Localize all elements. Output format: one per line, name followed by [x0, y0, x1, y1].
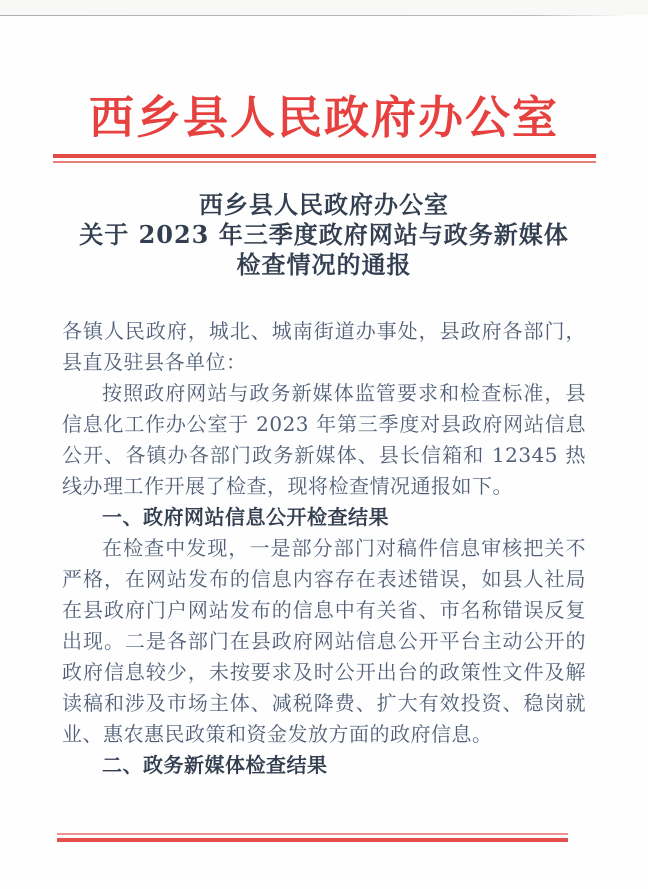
footer-rule-thick [57, 838, 568, 842]
document-title-line1: 西乡县人民政府办公室 [0, 190, 648, 220]
section1-heading: 一、政府网站信息公开检查结果 [62, 502, 586, 533]
section2-heading: 二、政务新媒体检查结果 [62, 750, 586, 781]
footer-rule-thin [57, 833, 568, 835]
footer-double-rule [57, 833, 568, 842]
document-title-line2: 关于 2023 年三季度政府网站与政务新媒体 [0, 220, 648, 250]
masthead-org-name: 西乡县人民政府办公室 [0, 92, 648, 144]
scan-edge-line [0, 15, 628, 16]
scanned-document-page: 西乡县人民政府办公室 西乡县人民政府办公室 关于 2023 年三季度政府网站与政… [0, 0, 648, 889]
masthead-rule-thick [53, 154, 596, 158]
scan-edge-strip [0, 0, 648, 15]
masthead-rule-thin [53, 161, 596, 163]
section1-paragraph: 在检查中发现，一是部分部门对稿件信息审核把关不严格，在网站发布的信息内容存在表述… [62, 533, 586, 750]
salutation-paragraph: 各镇人民政府，城北、城南街道办事处，县政府各部门，县直及驻县各单位： [62, 316, 586, 378]
document-body: 各镇人民政府，城北、城南街道办事处，县政府各部门，县直及驻县各单位： 按照政府网… [62, 316, 586, 794]
document-title-line3: 检查情况的通报 [0, 250, 648, 280]
intro-paragraph: 按照政府网站与政务新媒体监管要求和检查标准，县信息化工作办公室于 2023 年第… [62, 378, 586, 502]
document-title: 西乡县人民政府办公室 关于 2023 年三季度政府网站与政务新媒体 检查情况的通… [0, 190, 648, 280]
masthead-double-rule [53, 154, 596, 163]
